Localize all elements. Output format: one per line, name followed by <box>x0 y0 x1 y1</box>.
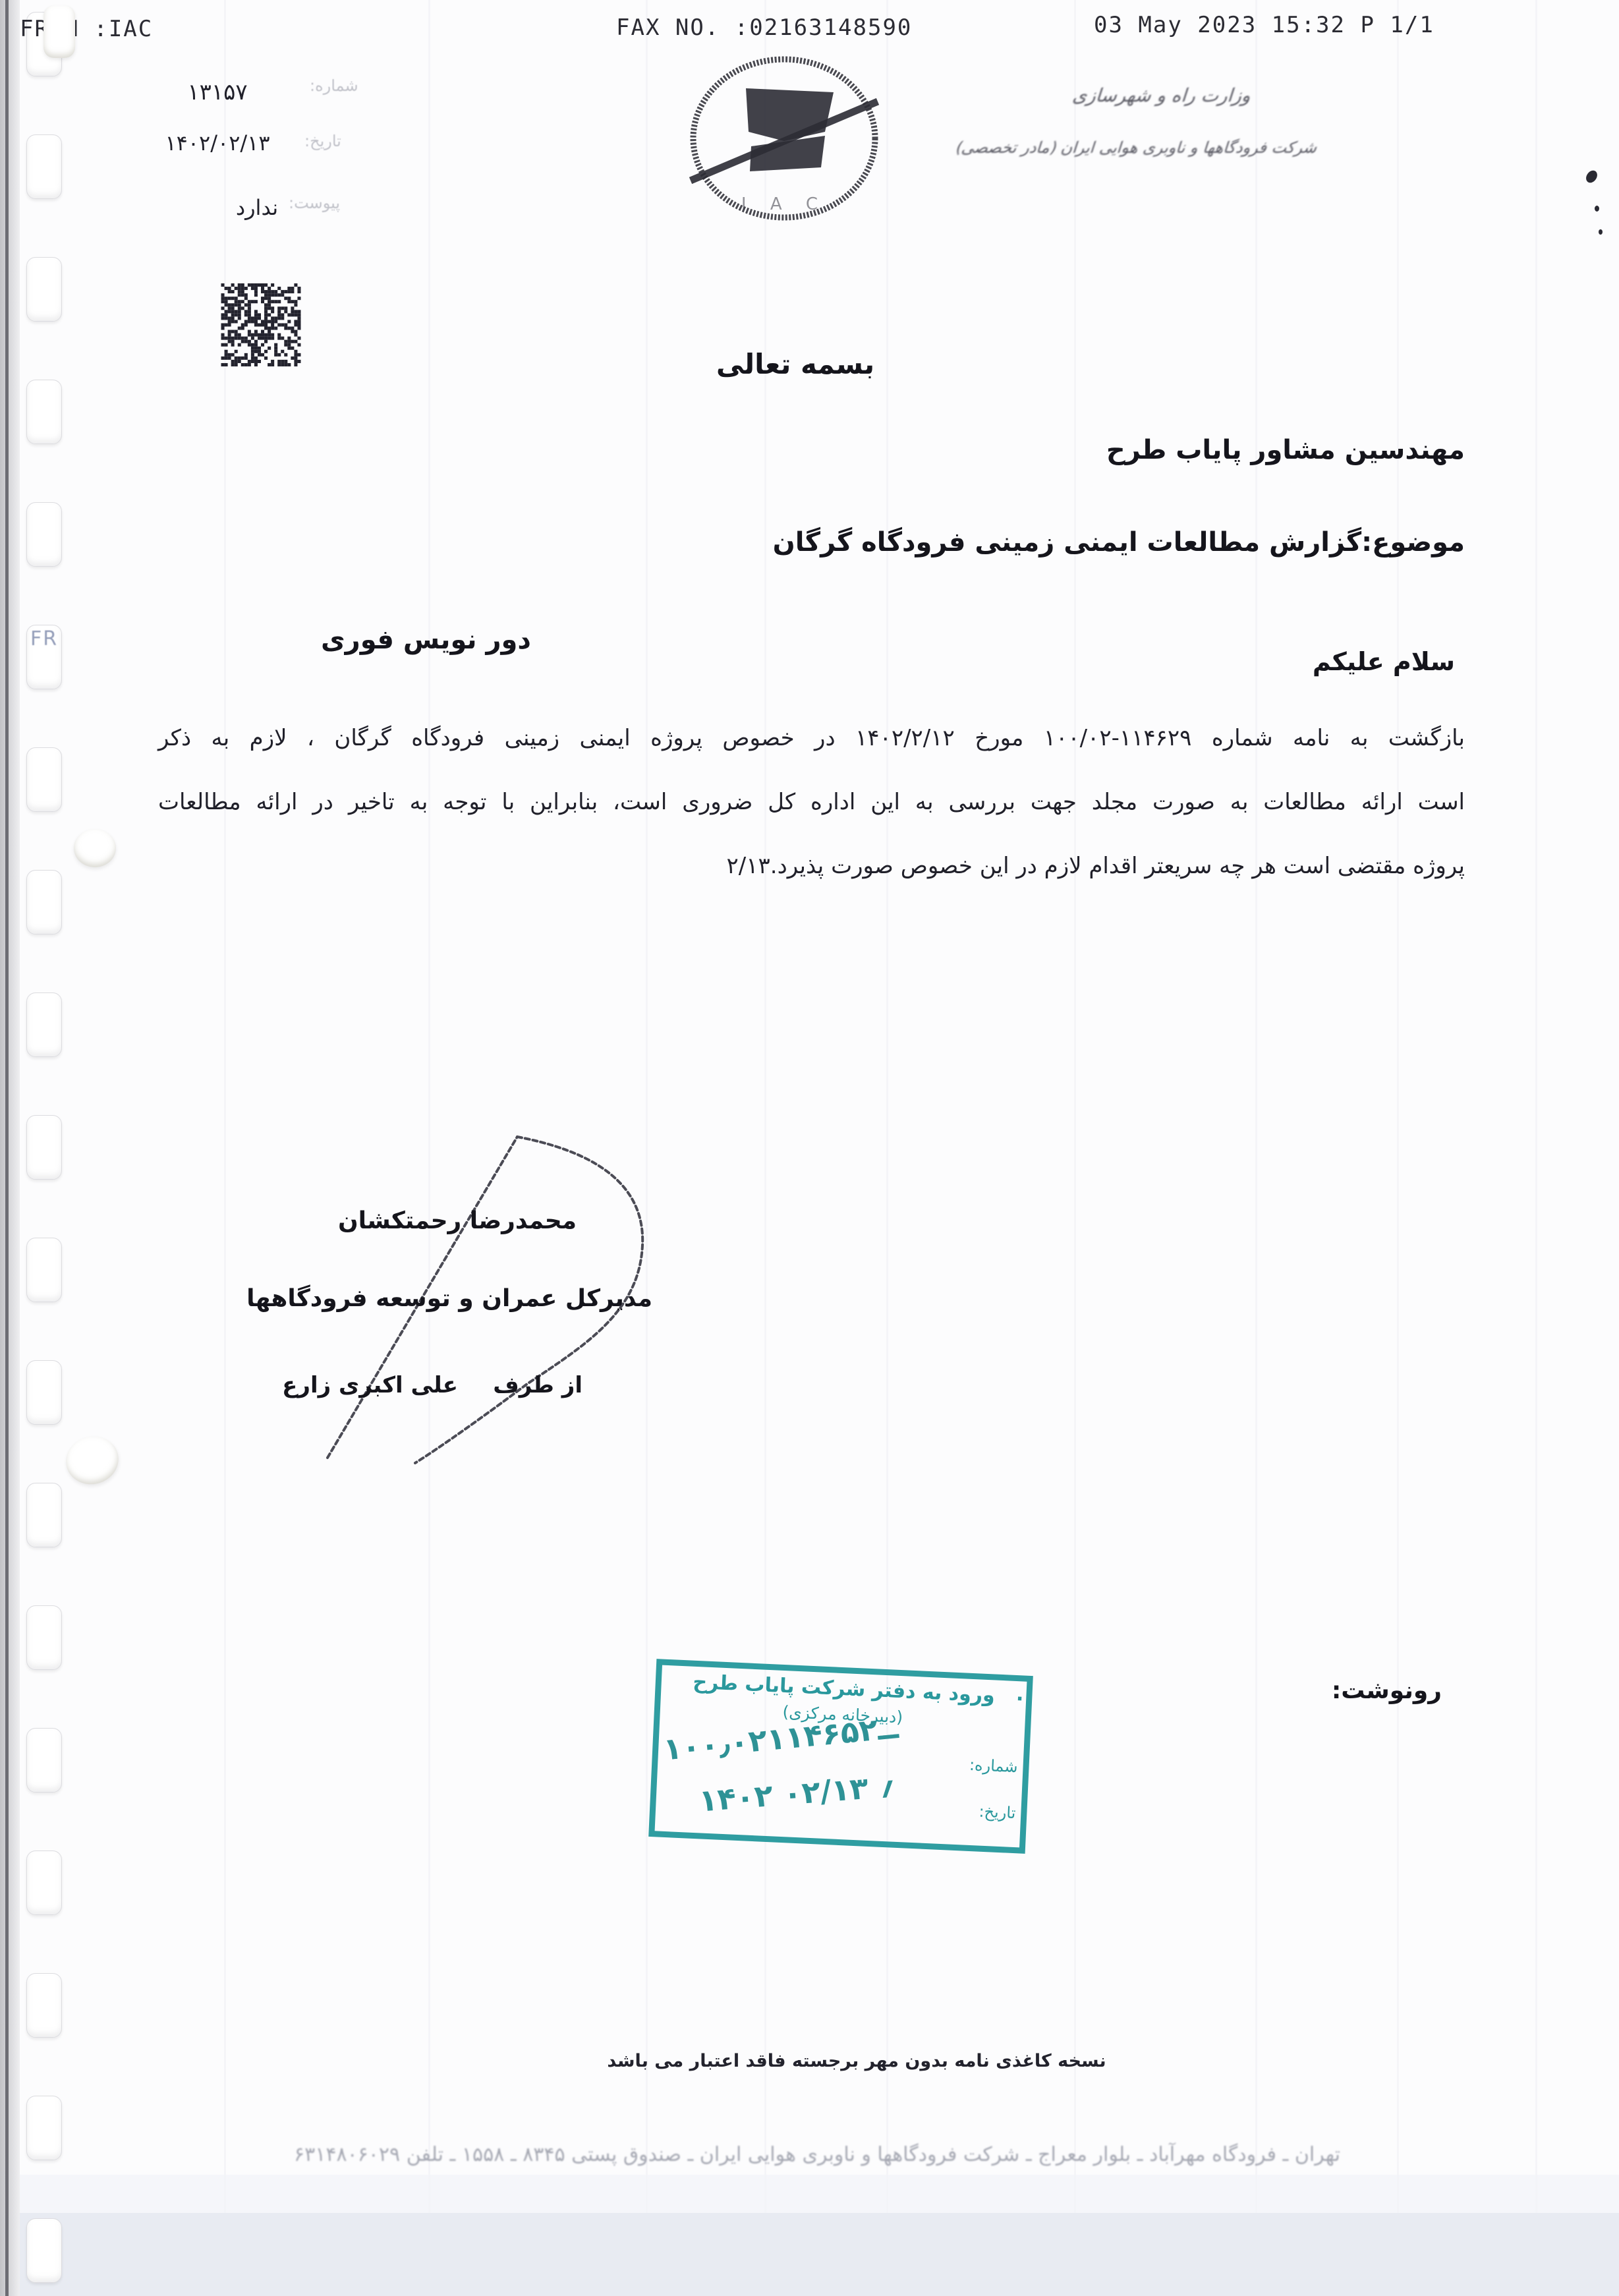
ref-attachment-value: ندارد <box>221 195 293 220</box>
scan-streak <box>764 0 766 2296</box>
fax-document-page: FROM :IAC FAX NO. :02163148590 03 May 20… <box>0 0 1619 2296</box>
body-line-1: بازگشت به نامه شماره ۱۰۰/۰۲-۱۱۴۶۲۹ مورخ … <box>158 706 1465 770</box>
body-line-2: است ارائه مطالعات به صورت مجلد جهت بررسی… <box>158 770 1465 834</box>
letter-body: بازگشت به نامه شماره ۱۰۰/۰۲-۱۱۴۶۲۹ مورخ … <box>158 706 1465 898</box>
binder-tooth <box>26 2096 62 2160</box>
white-sticker-over-header <box>43 5 75 58</box>
binder-tooth <box>26 502 62 567</box>
letterhead-company: شرکت فرودگاهها و ناوبری هوایی ایران (ماد… <box>985 138 1321 157</box>
page-edge-shadow-line <box>5 0 9 2296</box>
binder-tooth <box>26 1238 62 1302</box>
binder-tooth <box>26 1115 62 1180</box>
bottom-tint-band <box>0 2213 1619 2296</box>
ink-dot <box>1599 229 1603 235</box>
signer-title: مدیرکل عمران و توسعه فرودگاهها <box>246 1285 652 1312</box>
binder-tooth <box>26 1360 62 1425</box>
copy-to-label: رونوشت: <box>1332 1677 1442 1704</box>
scan-streak <box>1074 0 1076 2296</box>
on-behalf-name: علی اکبری زارع <box>282 1372 458 1398</box>
scan-streak <box>1397 0 1399 2296</box>
body-line-3: پروژه مقتضی است هر چه سریعتر اقدام لازم … <box>158 834 1465 898</box>
binder-tooth <box>26 134 62 199</box>
ref-attachment-label: پیوست: <box>289 194 340 212</box>
bottom-tint-band-light <box>0 2175 1619 2214</box>
scan-streak <box>1535 0 1537 2296</box>
besmele-heading: بسمه تعالی <box>710 348 881 380</box>
datamatrix-pattern <box>221 283 301 366</box>
footer-address-line: تهران ـ فرودگاه مهرآباد ـ بلوار معراج ـ … <box>152 2143 1483 2166</box>
binder-tooth <box>26 1973 62 2038</box>
binder-tooth <box>26 380 62 444</box>
priority-note: دور نویس فوری <box>321 625 531 655</box>
salutation-line: سلام علیکم <box>1313 647 1455 676</box>
side-label-fr: FR <box>30 627 58 650</box>
scan-streak <box>1255 0 1257 2296</box>
white-sticker <box>74 829 116 867</box>
binder-tooth <box>26 1728 62 1793</box>
binder-tooth <box>26 870 62 934</box>
ref-date-value: ۱۴۰۲/۰۲/۱۳ <box>152 130 283 156</box>
stamp-date-handwritten: ۱۴۰۲ ؍ ۰۲/۱۳ <box>698 1768 898 1819</box>
ref-number-value: ۱۳۱۵۷ <box>158 79 277 105</box>
signer-name: محمدرضا رحمتکشان <box>338 1207 577 1234</box>
subject-line: موضوع:گزارش مطالعات ایمنی زمینی فرودگاه … <box>773 527 1465 558</box>
addressee-line: مهندسین مشاور پایاب طرح <box>1106 435 1465 465</box>
white-sticker <box>61 1431 124 1490</box>
body-line1-post: مورخ ۱۴۰۲/۲/۱۲ در خصوص پروژه ایمنی زمینی… <box>158 725 1023 751</box>
datamatrix-barcode <box>221 283 301 366</box>
stamp-date-label: تاریخ: <box>979 1802 1016 1823</box>
fax-number-text: FAX NO. :02163148590 <box>616 14 912 41</box>
binder-tooth <box>26 2218 62 2283</box>
binder-tooth <box>26 1851 62 1915</box>
page-left-edge <box>0 0 20 2296</box>
scan-streak <box>886 0 888 2296</box>
on-behalf-label: از طرف <box>493 1372 582 1398</box>
ref-number-label: شماره: <box>310 76 358 95</box>
ref-date-label: تاریخ: <box>304 132 341 150</box>
letterhead-ministry: وزارت راه و شهرسازی <box>1077 84 1256 106</box>
ink-mark <box>1584 169 1600 185</box>
binder-tooth <box>26 747 62 812</box>
ink-dot <box>1595 206 1599 212</box>
paper-validity-note: نسخه کاغذی نامه بدون مهر برجسته فاقد اعت… <box>593 2051 1120 2071</box>
iac-logo-graphic: I A C <box>685 54 883 229</box>
fax-from-text: FROM :IAC <box>20 16 153 42</box>
stamp-number-label: شماره: <box>969 1756 1018 1776</box>
binder-tooth <box>26 257 62 322</box>
binder-tooth <box>26 1605 62 1670</box>
entry-stamp: . ورود به دفتر شرکت پایاب طرح (دبیرخانه … <box>648 1659 1033 1854</box>
iac-logo-letters: I A C <box>741 194 827 214</box>
fax-datetime-text: 03 May 2023 15:32 P 1/1 <box>1094 12 1434 38</box>
body-line1-pre: بازگشت به نامه شماره <box>1212 725 1465 751</box>
binder-tooth <box>26 992 62 1057</box>
referenced-letter-number: ۱۰۰/۰۲-۱۱۴۶۲۹ <box>1044 706 1192 770</box>
iac-logo: I A C <box>685 54 883 229</box>
binder-tooth <box>26 1483 62 1547</box>
